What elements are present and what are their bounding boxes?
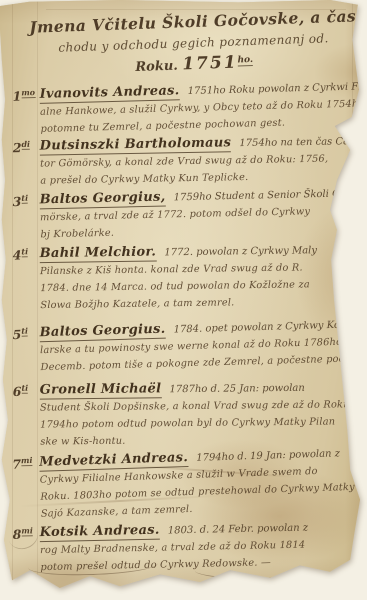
entry-text: 1787ho d. 25 Jan: powolan	[166, 383, 305, 395]
entry-name: Gronell Michaël	[40, 381, 162, 399]
entry-text: 1751ho Roku powolan z Cyrkwi Fili	[184, 81, 367, 97]
entry-ordinal: mi	[21, 525, 33, 536]
entry-text: 1803. d. 24 Febr. powolan z	[165, 523, 309, 537]
entry-first-line: Gronell Michaël 1787ho d. 25 Jan: powola…	[40, 376, 305, 398]
entry-ordinal: ti	[21, 326, 28, 337]
entry-number: 7	[12, 456, 21, 471]
entry-ordinal: ti	[21, 383, 28, 394]
entry-line: Slowa Božjho Kazatele, a tam zemrel.	[40, 293, 367, 315]
manuscript-page: Jmena Včitelu Školi Gočovske, a čas při …	[0, 0, 367, 600]
entry: 6tiGronell Michaël 1787ho d. 25 Jan: pow…	[13, 376, 367, 451]
entry-number-group: 7mi	[12, 452, 40, 473]
entry-number: 2	[13, 140, 22, 155]
paper-shadow: Jmena Včitelu Školi Gočovske, a čas při …	[0, 0, 367, 600]
entry-number: 4	[13, 248, 22, 263]
entry-number: 5	[12, 327, 21, 342]
entry-text: 1772. powolan z Cyrkwy Maly	[161, 245, 317, 258]
entry-ordinal: di	[21, 139, 30, 150]
entry: 3tiBaltos Georgius, 1759ho Student a Sen…	[12, 182, 367, 244]
entry-line: 1794ho potom odtud powolan byl do Cyrkwy…	[40, 413, 367, 433]
entry-ordinal: ti	[21, 246, 28, 257]
entry: 4tiBahil Melchior. 1772. powolan z Cyrkw…	[13, 239, 367, 315]
entry-number-group: 6ti	[13, 380, 40, 400]
entry-number-group: 4ti	[13, 243, 40, 264]
entry-number-group: 2di	[13, 136, 40, 157]
entry-number: 1	[12, 89, 21, 104]
entry-text: 1794ho d. 19 Jan: powolan z	[193, 448, 340, 464]
entry-number-group: 5ti	[12, 322, 40, 343]
entry-text: 1759ho Student a Senior Školi Gö	[170, 189, 346, 204]
entry-ordinal: ti	[21, 193, 28, 204]
title-year-suffix: ho.	[237, 55, 253, 67]
entry-text: 1784. opet powolan z Cyrkwy Kobe	[170, 320, 352, 336]
manuscript-photo: Jmena Včitelu Školi Gočovske, a čas při …	[0, 0, 367, 600]
entry: 8miKotsik Andreas. 1803. d. 24 Febr. pow…	[12, 515, 367, 577]
entry: 7miMedvetzki Andreas. 1794ho d. 19 Jan: …	[12, 441, 367, 523]
entry-number-group: 3ti	[12, 189, 39, 210]
roku-label: Roku.	[135, 59, 178, 75]
entry-number-group: 8mi	[12, 522, 39, 543]
entry-text: 1754ho na ten čas Can	[236, 136, 356, 149]
entry-ordinal: mi	[21, 455, 33, 466]
entry-number: 8	[13, 527, 22, 542]
entry-continuation: mörske, a trval zde až 1772. potom odšel…	[40, 202, 367, 243]
entry-ordinal: mo	[21, 87, 35, 98]
entry-continuation: rog Malty Bradnenske, a trval zde až do …	[40, 535, 367, 576]
entry-name: Bahil Melchior.	[40, 245, 157, 264]
entry-continuation: Cyrkwy Filialne Hankowske a služil w Vra…	[40, 462, 367, 523]
entry-first-line: Bahil Melchior. 1772. powolan z Cyrkwy M…	[40, 238, 318, 261]
page-number: 93	[342, 567, 360, 583]
entry-number: 6	[13, 384, 22, 399]
entry-number-group: 1mo	[12, 84, 40, 105]
page-title: Jmena Včitelu Školi Gočovske, a čas při …	[29, 6, 358, 79]
title-year: 1751	[182, 52, 238, 74]
entry: 2diDutsinszki Bartholomaus 1754ho na ten…	[13, 130, 367, 190]
entry: 5tiBaltos Georgius. 1784. opet powolan z…	[12, 313, 367, 377]
entry-number: 3	[13, 194, 22, 209]
entry-continuation: Pilanske z Kiš honta. konal zde Vrad swu…	[40, 259, 367, 315]
